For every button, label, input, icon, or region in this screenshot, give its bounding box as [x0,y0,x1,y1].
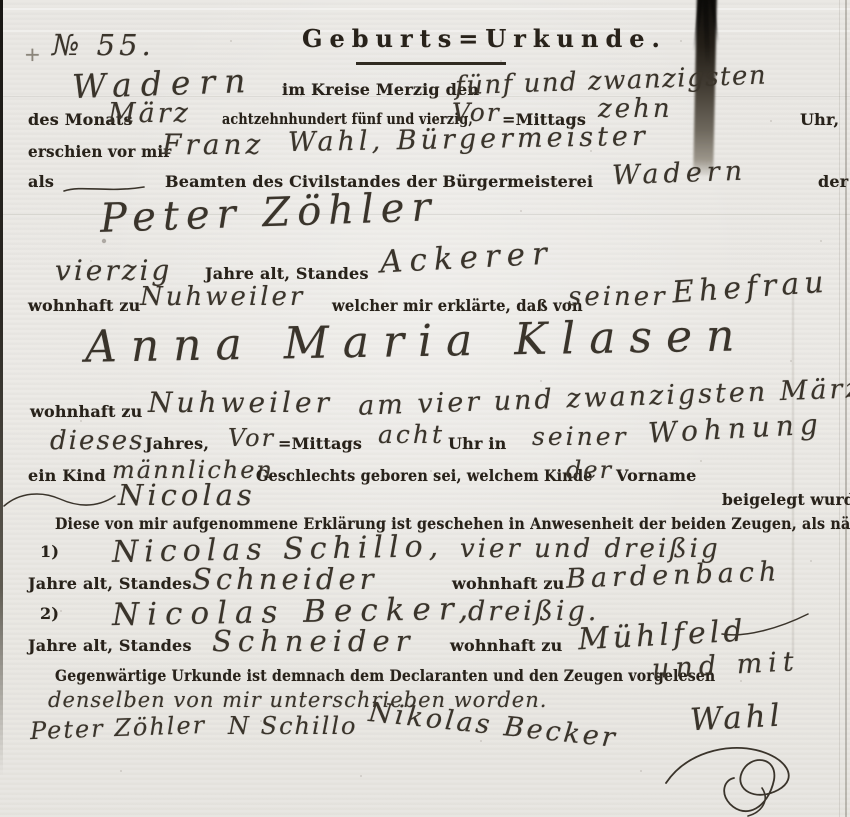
spouse-ehefrau-entry: Ehefrau [671,265,830,311]
witness1-number: 1) [40,542,59,561]
issue-month-entry: März [108,98,191,129]
printed-der-text: der [818,172,848,191]
page-left-edge [0,0,3,817]
father-name-entry: Peter Zöhler [99,184,438,242]
printed-vorname-text: Vorname [616,466,697,485]
printed-closing-text: Gegenwärtige Urkunde ist demnach dem Dec… [55,666,715,685]
printed-mittags-text: =Mittags [278,434,362,453]
birth-certificate-scan: + № 55. Geburts=Urkunde. Wadern im Kreis… [0,0,850,817]
mother-name-entry: Anna Maria Klasen [85,310,749,373]
signature-father: Peter Zöhler [30,711,207,745]
printed-jahre-standes-text: Jahre alt, Standes [205,264,369,283]
printed-jahre-standes-text: Jahre alt, Standes [28,636,192,655]
witness1-residence-entry: Bardenbach [566,556,782,594]
printed-uhr-in-text: Uhr in [448,434,507,453]
registry-number: № 55. [52,28,155,62]
der-entry: der [566,456,613,484]
witness2-occupation-entry: Schneider [212,624,416,658]
birth-place-wohnung-entry: Wohnung [647,407,824,449]
certificate-title: Geburts=Urkunde. [302,24,667,53]
printed-witness-intro-text: Diese von mir aufgenommene Erklärung ist… [55,514,850,533]
spouse-seiner-entry: seiner [568,282,668,312]
residence-tail-flourish [720,612,810,638]
page-right-edge [845,0,847,817]
printed-wohnhaft-text: wohnhaft zu [30,402,142,421]
witness2-number: 2) [40,604,59,623]
registrar-name-title-entry: Wahl, Bürgermeister [288,121,649,158]
mother-residence-entry: Nuhweiler [148,386,333,419]
printed-erklaerte-text: welcher mir erklärte, daß von [332,296,583,315]
signature-witness1: N Schillo [228,712,357,740]
birth-place-seiner-entry: seiner [532,422,628,451]
dieses-entry: dieses [50,426,144,456]
printed-beigelegt-text: beigelegt wurde [722,490,850,509]
father-residence-entry: Nuhweiler [140,282,305,312]
witness1-occupation-entry: Schneider [192,562,378,596]
title-rule [356,62,506,65]
printed-wohnhaft-text: wohnhaft zu [28,296,140,315]
signature-flourish [658,738,808,817]
printed-ein-kind-text: ein Kind [28,466,106,485]
buergermeisterei-place-entry: Wadern [612,156,748,192]
signature-registrar: Wahl [689,698,784,739]
printed-jahre-standes-text: Jahre alt, Standes [28,574,192,593]
scan-artifact-line [0,8,850,10]
printed-wohnhaft-text: wohnhaft zu [450,636,562,655]
printed-geschlechts-text: Geschlechts geboren sei, welchem Kinde [256,466,593,485]
printed-jahres-text: Jahres, [145,434,209,453]
child-name-entry: Nicolas [118,478,256,512]
printed-kreis-text: im Kreise Merzig den [282,80,479,99]
printed-uhr-text: Uhr, [800,110,839,129]
issue-hour-entry: zehn [598,94,673,124]
father-occupation-entry: Ackerer [379,235,555,280]
closing-und-mit-entry: und mit [651,646,800,685]
printed-als-text: als [28,172,54,191]
birth-vor-entry: Vor [228,424,275,452]
margin-cross-mark: + [24,42,41,66]
birth-hour-entry: acht [378,420,445,449]
printed-erschien-text: erschien vor mir [28,142,172,161]
registrar-first-name-entry: Franz [162,128,264,161]
paper-fold-crease [792,285,794,655]
name-lead-flourish [2,488,117,514]
